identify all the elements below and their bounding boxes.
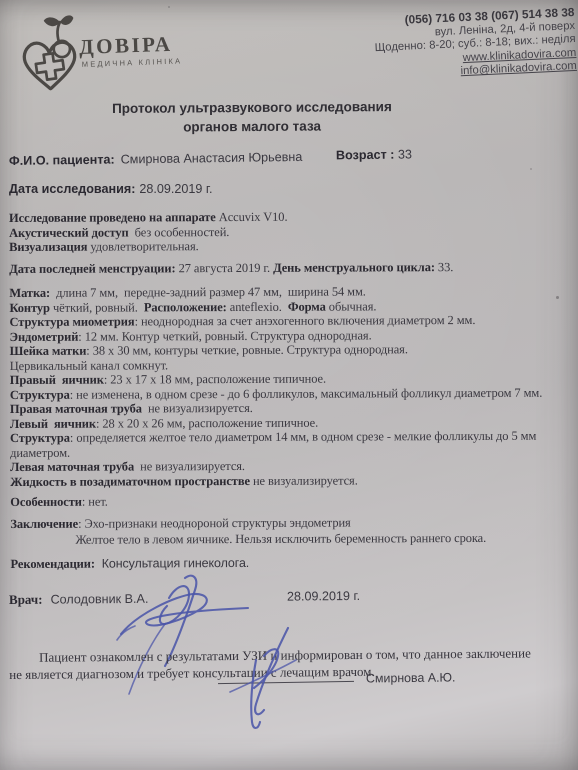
text-segment: Accuvix V10. [216,210,288,224]
photo-speck [530,168,532,170]
report-body: Исследование проведено на аппарате Accuv… [9,209,569,572]
text-segment: диаметром. [10,445,70,459]
text-segment: Форма [288,299,326,313]
text-segment: Левая маточная труба [10,459,134,474]
text-segment: Правый яичник [10,373,104,387]
text-segment: Матка: [9,286,50,300]
heart-cross-sprout-icon [21,14,78,92]
text-segment: Структура [10,387,70,401]
text-segment: : 28 х 20 х 26 мм, расположение типичное… [96,415,318,430]
text-segment: удовлетворительная. [87,239,198,253]
menstruation-line: Дата последней менструации: 27 августа 2… [9,259,567,276]
patient-age-value: 33 [398,147,412,161]
patient-age: Возраст : 33 [336,147,412,162]
text-segment: anteflexio. [227,299,288,313]
text-segment: не визуализируется. [134,459,245,473]
scanned-ultrasound-protocol: ДОВІРА МЕДИЧНА КЛІНІКА (056) 716 03 38 (… [0,0,578,770]
patient-row: Ф.И.О. пациента:Смирнова Анастасия Юрьев… [9,146,569,168]
text-segment: Контур [9,300,50,314]
text-segment: обычная. [326,299,377,313]
text-segment: : Эхо-признаки неоднороной структуры энд… [78,515,351,530]
fluid-line: Жидкость в позадиматочном пространстве н… [10,472,568,489]
text-segment: Визуализация [9,240,87,254]
text-segment: Расположение: [144,300,227,314]
text-segment: : 23 х 17 х 18 мм, расположение типичное… [104,372,326,387]
conclusion-line-2: Желтое тело в левом яичнике. Нельзя искл… [10,529,568,547]
study-date-label: Дата исследования: [9,182,135,196]
text-segment: не визуализируется. [250,473,358,487]
patient-age-label: Возраст : [336,148,395,163]
text-segment: Структура миометрия [9,314,134,329]
doctor-row: Врач:Солодовник В.А. 28.09.2019 г. [9,587,569,608]
text-segment: : определяется желтое тело диаметром 14 … [70,429,536,445]
clinic-name: ДОВІРА [79,32,173,60]
doctor-date: 28.09.2019 г. [287,589,360,604]
patient-signature [212,626,382,738]
text-segment: Особенности [10,495,82,509]
clinic-contact-block: (056) 716 03 38 (067) 514 38 38 вул. Лен… [373,6,577,83]
doctor-label: Врач: [9,592,43,607]
text-segment: Рекомендации: [11,556,95,570]
text-segment: Структура [10,431,70,445]
text-segment: : 12 мм. Контур четкий, ровный. Структур… [78,328,371,343]
text-segment: : не изменена, в одном срезе - до 6 фолл… [70,385,543,401]
right-ovary-structure-line: Структура: не изменена, в одном срезе - … [10,385,568,402]
text-segment: : 38 х 30 мм, контуры четкие, ровные. Ст… [86,342,408,357]
text-segment: День менструального цикла: [273,260,435,275]
features-line: Особенности: нет. [10,493,568,510]
text-segment: не визуализируется. [142,401,253,415]
text-segment: 27 августа 2019 г. [176,260,274,274]
patient-name-value: Смирнова Анастасия Юрьевна [121,150,303,167]
text-segment: чёткий, ровный. [50,300,144,314]
left-ovary-structure-line: Структура: определяется желтое тело диам… [10,429,568,446]
study-date-value: 28.09.2019 г. [139,182,212,196]
text-segment: 33. [435,260,453,274]
document-title-line2: органов малого таза [52,116,452,137]
text-segment: Жидкость в позадиматочном пространстве [10,473,250,488]
patient-signature-name: Смирнова А.Ю. [366,670,456,685]
text-segment: Левый яичник [10,416,96,430]
text-segment: Цервикальный канал сомкнут. [10,358,168,373]
text-segment: Эндометрий [10,329,79,343]
photo-speck [556,296,559,299]
photo-speck [168,6,170,8]
text-segment: без особенностей. [129,225,230,239]
study-date-row: Дата исследования:28.09.2019 г. [9,182,213,196]
text-segment: длина 7 мм, передне-задний размер 47 мм,… [50,284,366,299]
text-segment: Акустический доступ [9,225,129,240]
clinic-logo: ДОВІРА МЕДИЧНА КЛІНІКА [21,6,254,100]
patient-name-label: Ф.И.О. пациента: [9,153,115,168]
text-segment: Исследование проведено на аппарате [9,210,216,225]
text-segment: Правая маточная труба [10,401,142,416]
recommendations-line: Рекомендации: Консультация гинеколога. [11,553,569,571]
visualization-line: Визуализация удовлетворительная. [9,238,567,255]
text-segment: Шейка матки [10,344,87,358]
text-segment: Заключение [10,516,78,530]
text-segment: Дата последней менструации: [9,261,175,276]
text-segment: : нет. [82,495,108,509]
text-segment: Желтое тело в левом яичнике. Нельзя искл… [75,530,486,546]
document-title: Протокол ультразвукового исследования ор… [52,98,452,138]
text-segment: : неоднородная за счет анэхогенного вклю… [135,313,476,328]
